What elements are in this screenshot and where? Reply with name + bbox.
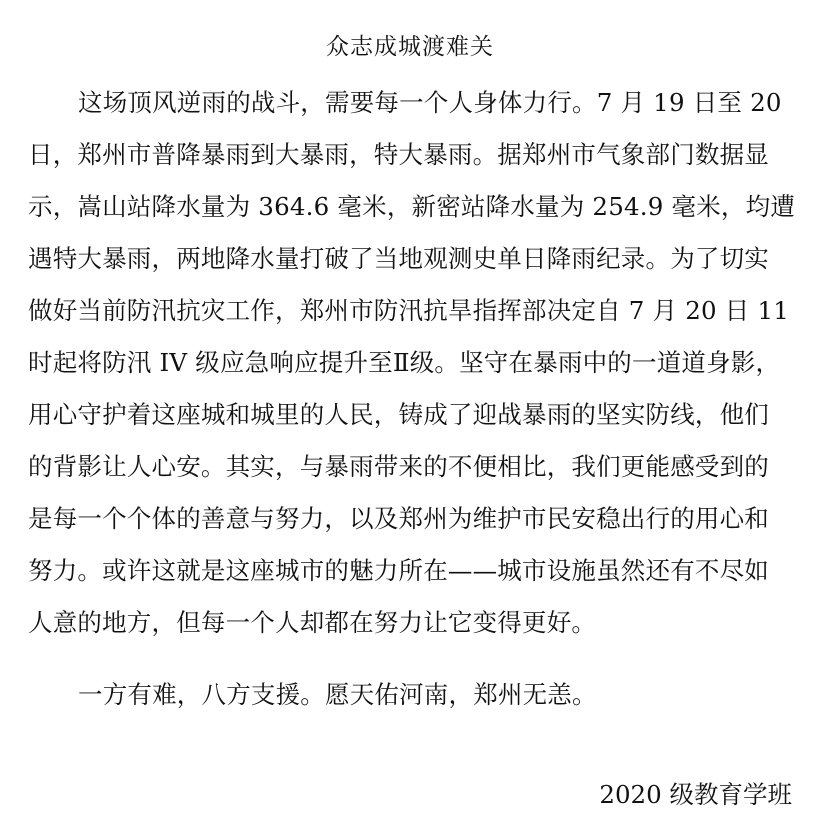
document-page: 众志成城渡难关 这场顶风逆雨的战斗，需要每一个人身体力行。7 月 19 日至 2…: [0, 0, 820, 829]
paragraph-line: 日，郑州市普降暴雨到大暴雨，特大暴雨。据郑州市气象部门数据显: [28, 140, 798, 170]
signature: 2020 级教育学班: [599, 780, 792, 810]
paragraph-line: 一方有难，八方支援。愿天佑河南，郑州无恙。: [78, 680, 798, 710]
paragraph-line: 是每一个个体的善意与努力，以及郑州为维护市民安稳出行的用心和: [28, 504, 798, 534]
paragraph-line: 时起将防汛 IV 级应急响应提升至Ⅱ级。坚守在暴雨中的一道道身影，: [28, 348, 798, 378]
paragraph-line: 用心守护着这座城和城里的人民，铸成了迎战暴雨的坚实防线，他们: [28, 400, 798, 430]
paragraph-line: 这场顶风逆雨的战斗，需要每一个人身体力行。7 月 19 日至 20: [78, 88, 798, 118]
paragraph-line: 遇特大暴雨，两地降水量打破了当地观测史单日降雨纪录。为了切实: [28, 244, 798, 274]
paragraph-line: 做好当前防汛抗灾工作，郑州市防汛抗旱指挥部决定自 7 月 20 日 11: [28, 296, 798, 326]
paragraph-line: 示，嵩山站降水量为 364.6 毫米，新密站降水量为 254.9 毫米，均遭: [28, 192, 798, 222]
paragraph-line: 的背影让人心安。其实，与暴雨带来的不便相比，我们更能感受到的: [28, 452, 798, 482]
document-title: 众志成城渡难关: [0, 28, 820, 61]
paragraph-line: 人意的地方，但每一个人却都在努力让它变得更好。: [28, 608, 798, 638]
paragraph-line: 努力。或许这就是这座城市的魅力所在——城市设施虽然还有不尽如: [28, 556, 798, 586]
